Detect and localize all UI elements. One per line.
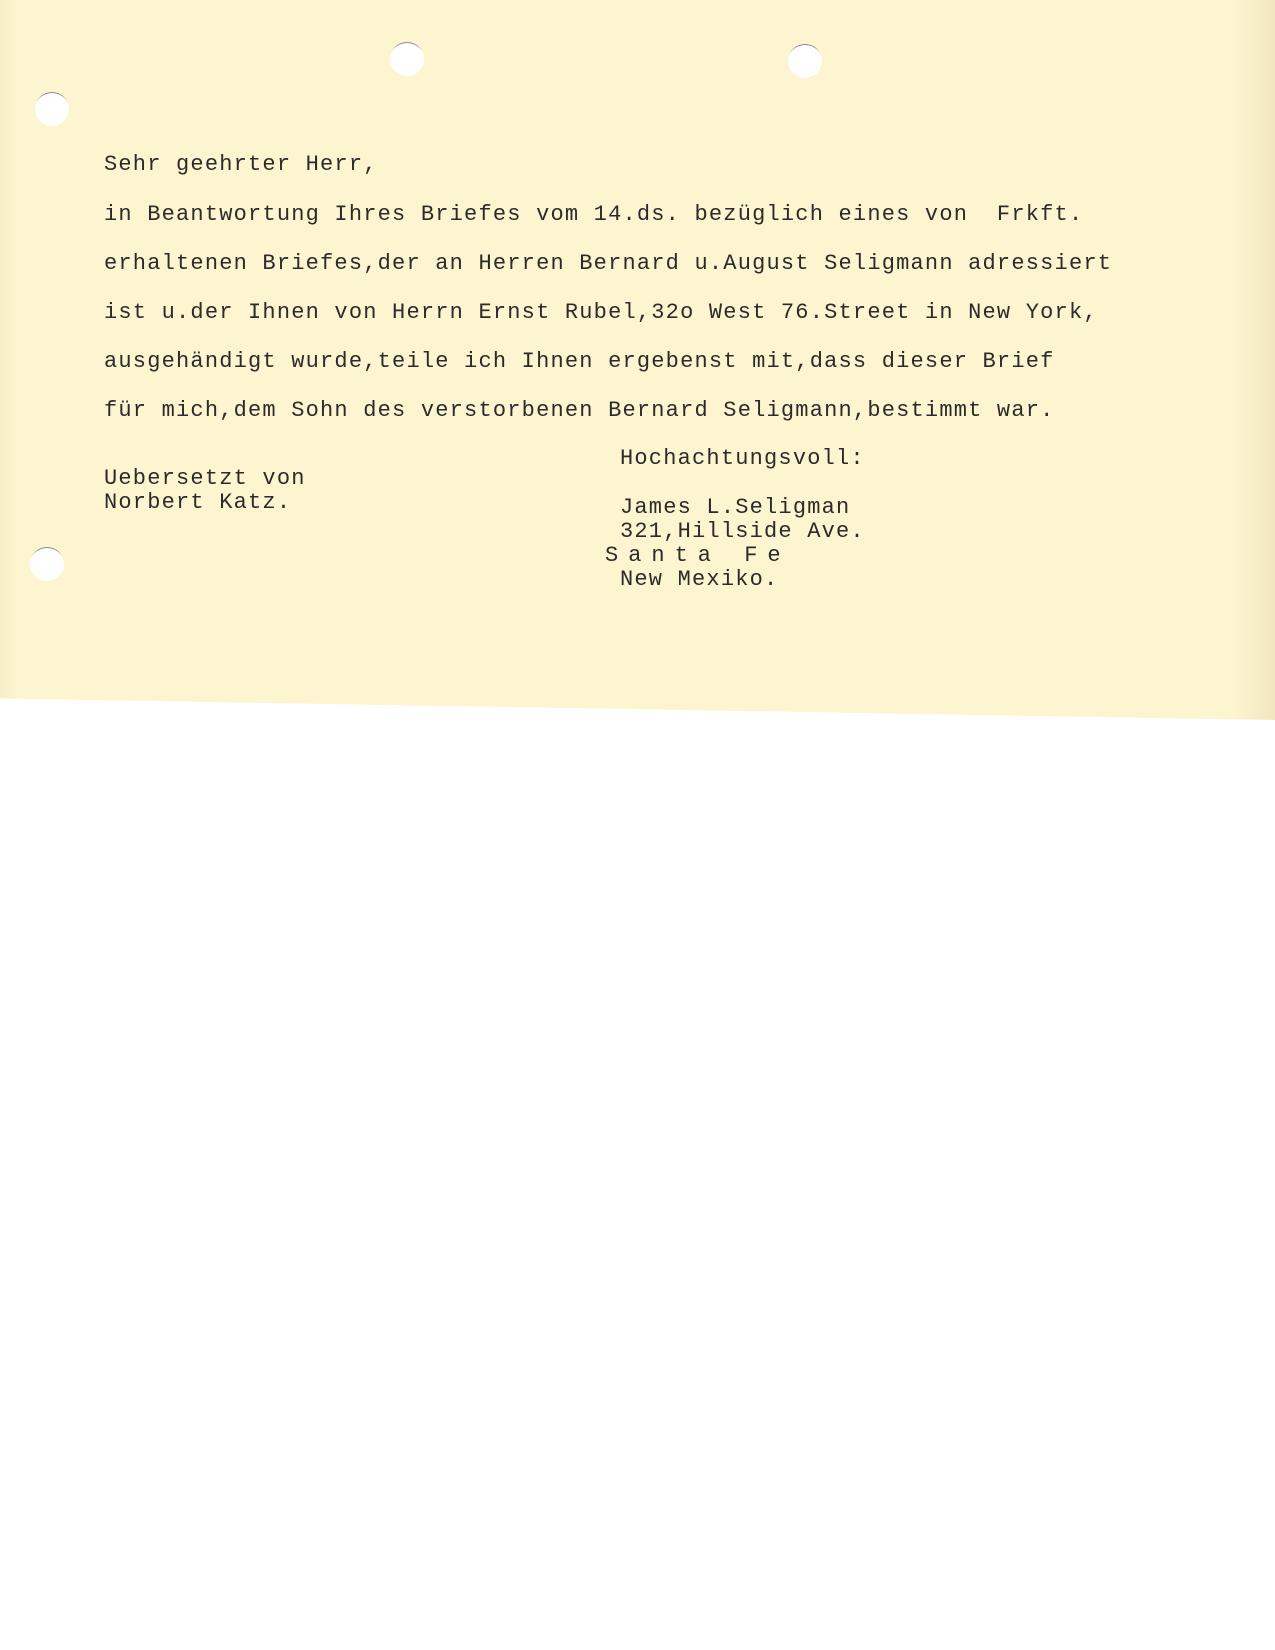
- body-line: für mich,dem Sohn des verstorbenen Berna…: [104, 398, 1055, 424]
- body-line: erhaltenen Briefes,der an Herren Bernard…: [104, 251, 1112, 277]
- signature-city: Santa Fe: [605, 543, 791, 569]
- punch-hole: [30, 547, 64, 581]
- body-line: ausgehändigt wurde,teile ich Ihnen ergeb…: [104, 349, 1055, 375]
- punch-hole: [35, 92, 69, 126]
- punch-hole: [390, 42, 424, 76]
- translator-line: Uebersetzt von: [104, 466, 306, 492]
- salutation: Sehr geehrter Herr,: [104, 152, 378, 178]
- letter-paper: Sehr geehrter Herr, in Beantwortung Ihre…: [0, 0, 1275, 720]
- signature-address: 321,Hillside Ave.: [620, 519, 865, 545]
- punch-hole: [788, 44, 822, 78]
- translator-line: Norbert Katz.: [104, 490, 291, 516]
- body-line: ist u.der Ihnen von Herrn Ernst Rubel,32…: [104, 300, 1098, 326]
- body-line: in Beantwortung Ihres Briefes vom 14.ds.…: [104, 202, 1083, 228]
- signature-name: James L.Seligman: [620, 495, 850, 521]
- signature-state: New Mexiko.: [620, 567, 778, 593]
- closing: Hochachtungsvoll:: [620, 446, 865, 472]
